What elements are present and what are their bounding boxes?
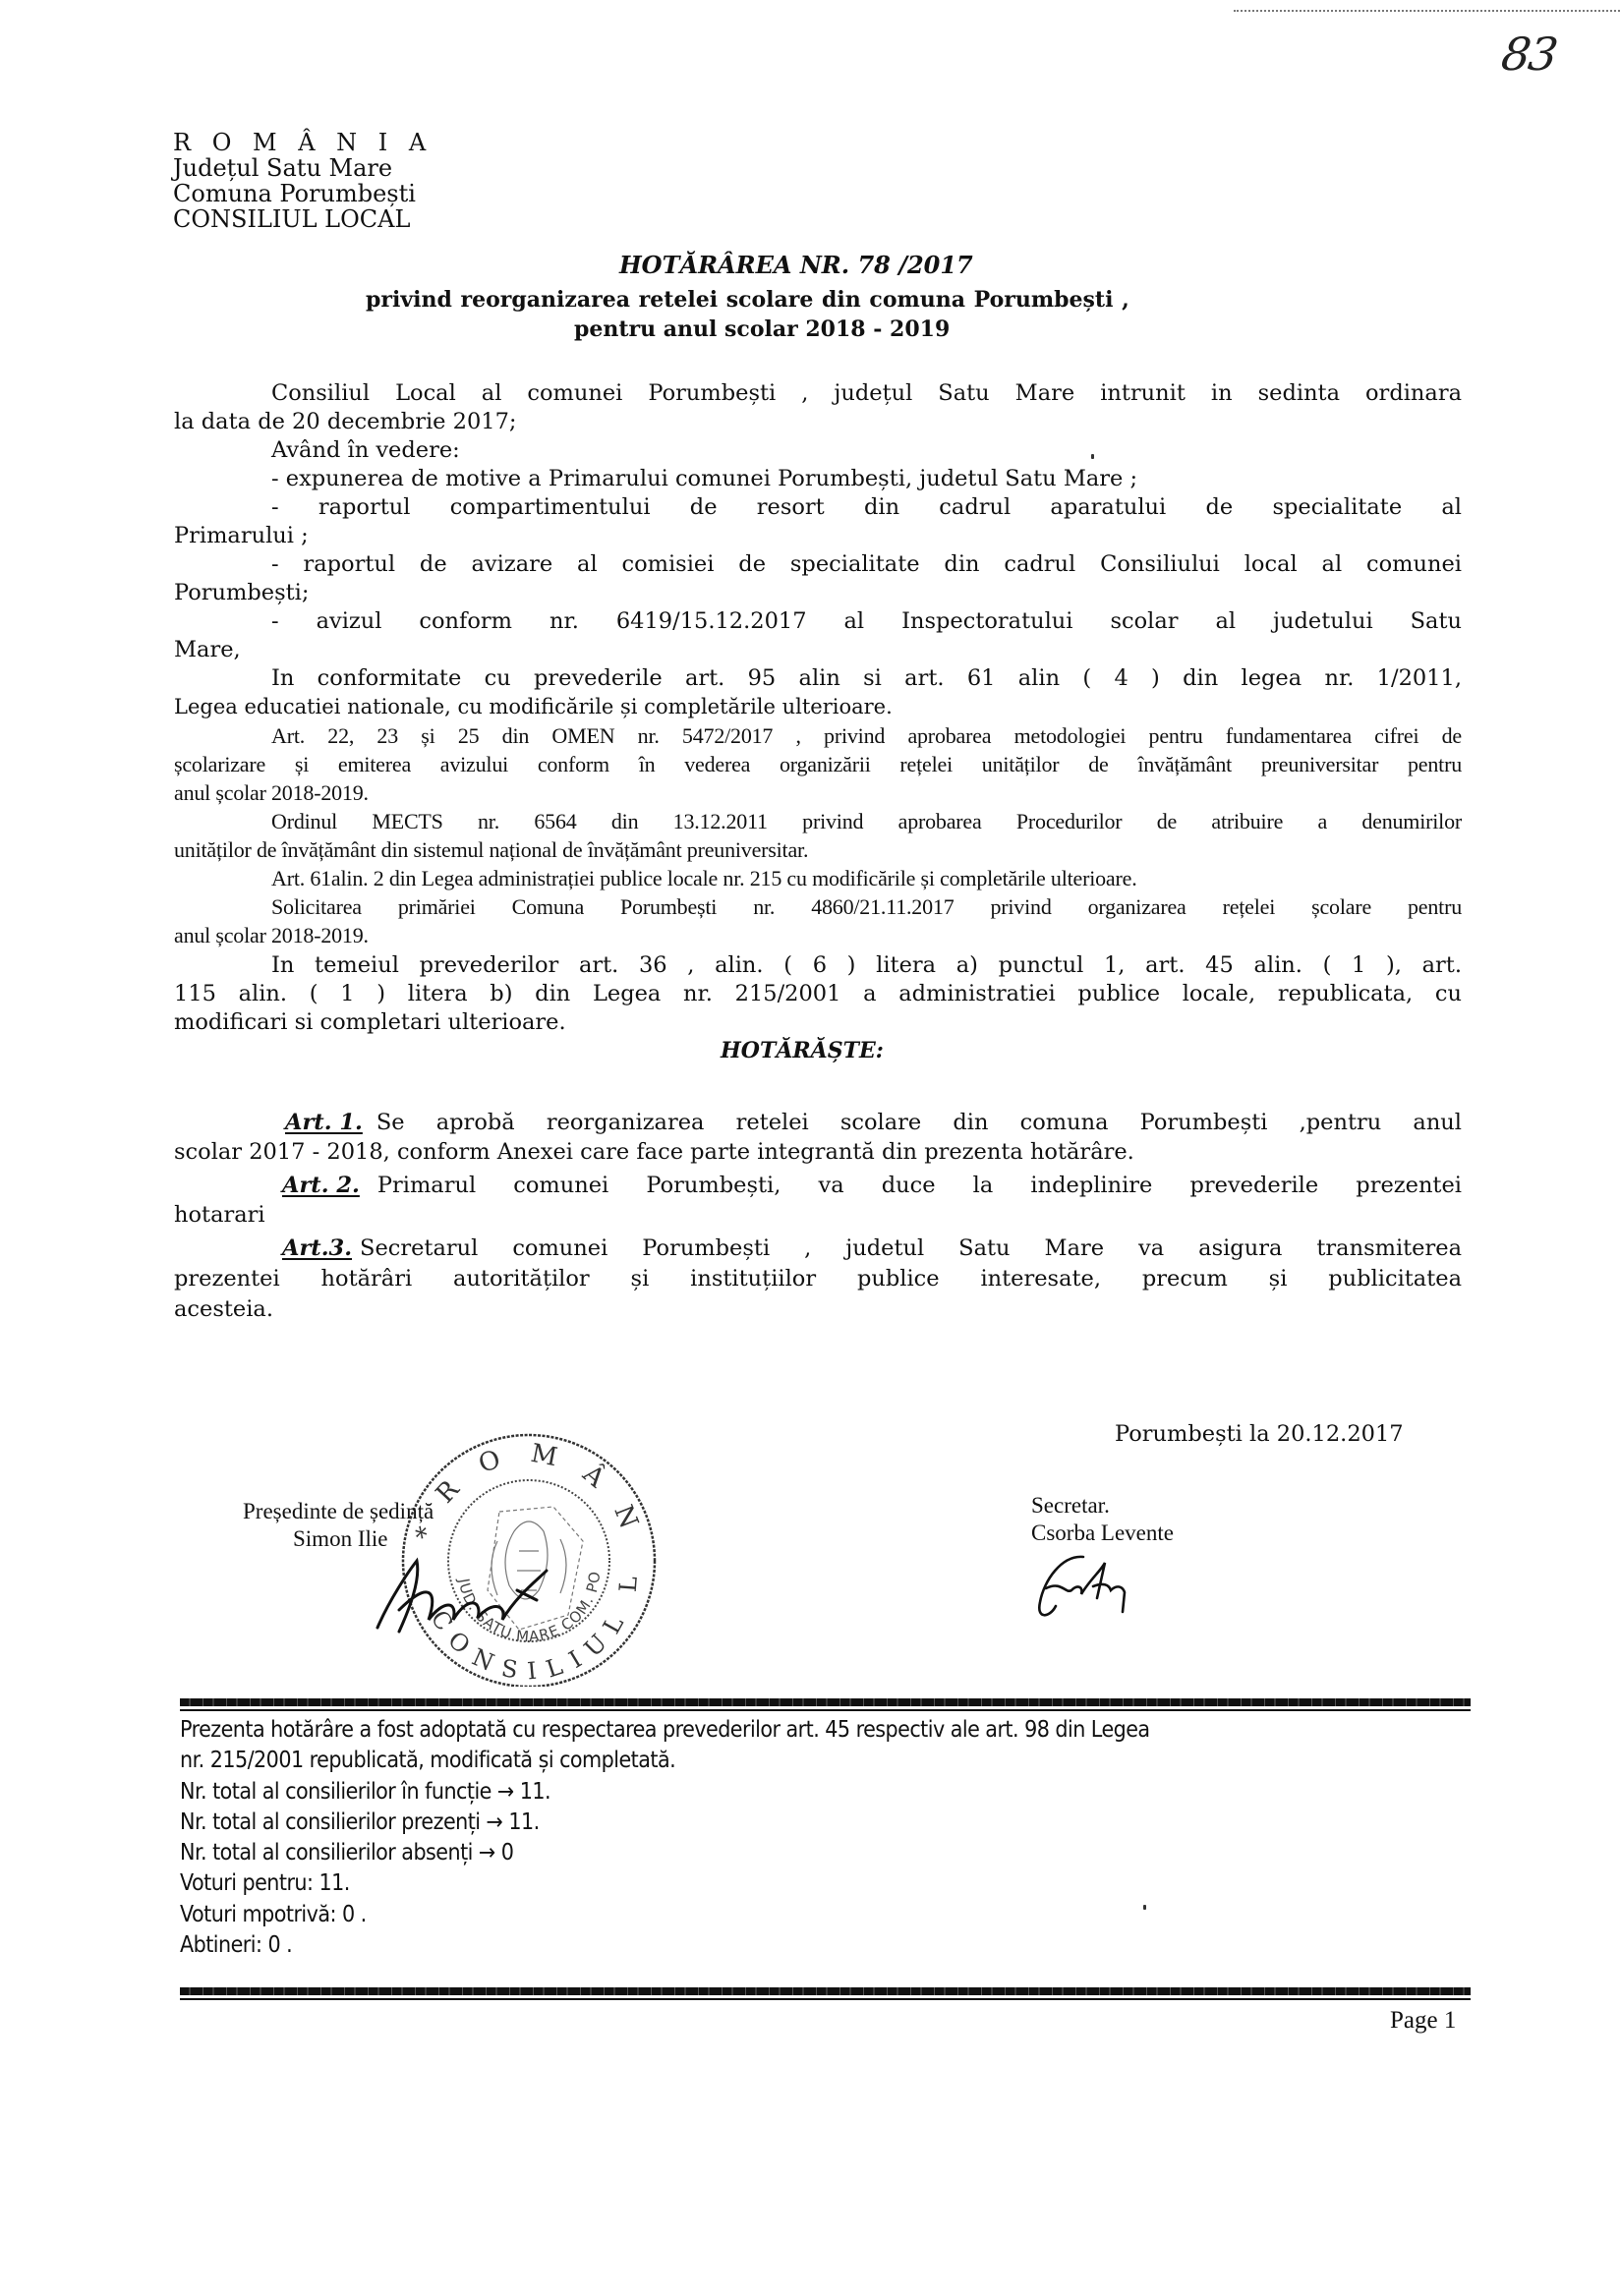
considering-item-4: - avizul conform nr. 6419/15.12.2017 al … (271, 607, 1462, 636)
art61-line: Art. 61alin. 2 din Legea administrației … (271, 864, 1462, 892)
arrow-right-icon: → (497, 1779, 514, 1805)
header-council: CONSILIUL LOCAL (173, 206, 410, 232)
place-date: Porumbești la 20.12.2017 (1115, 1421, 1404, 1447)
header-commune: Comuna Porumbești (173, 181, 416, 206)
article-3-cont: prezentei hotărâri autorităților și inst… (174, 1265, 1462, 1293)
considering-label: Având în vedere: (271, 436, 1462, 465)
scan-speck (1143, 1905, 1146, 1910)
conformity-line2: Legea educatiei nationale, cu modificări… (174, 693, 1462, 721)
votes-for: Voturi pentru: 11. (180, 1868, 1150, 1899)
secretary-role: Secretar. (1031, 1492, 1110, 1520)
article-2-cont: hotarari (174, 1201, 1462, 1230)
article-1: Art. 1. Se aprobă reorganizarea retelei … (285, 1109, 1462, 1137)
section-divider-top (180, 1698, 1471, 1711)
intro-line1: Consiliul Local al comunei Porumbești , … (271, 379, 1462, 408)
considering-item-1: - expunerea de motive a Primarului comun… (271, 465, 1462, 493)
arrow-right-icon: → (479, 1840, 495, 1865)
page-footer: Page 1 (1390, 2007, 1456, 2035)
vote-row-in-office: Nr. total al consilierilor în funcție → … (180, 1777, 1150, 1808)
considering-item-4-cont: Mare, (174, 636, 1462, 664)
decision-subject-line1: privind reorganizarea retelei scolare di… (366, 287, 1129, 313)
mects-line1: Ordinul MECTS nr. 6564 din 13.12.2011 pr… (271, 807, 1462, 835)
article-3-text: Secretarul comunei Porumbești , judetul … (360, 1234, 1462, 1263)
request-line1: Solicitarea primăriei Comuna Porumbești … (271, 892, 1462, 921)
omen-line1: Art. 22, 23 și 25 din OMEN nr. 5472/2017… (271, 721, 1462, 750)
legal-basis-line3: modificari si completari ulterioare. (174, 1008, 1462, 1037)
mects-line2: unităților de învățământ din sistemul na… (174, 835, 1462, 864)
article-1-cont: scolar 2017 - 2018, conform Anexei care … (174, 1138, 1462, 1167)
adoption-line1: Prezenta hotărâre a fost adoptată cu res… (180, 1715, 1150, 1746)
article-1-text: Se aprobă reorganizarea retelei scolare … (376, 1109, 1462, 1137)
article-3-label: Art.3. (282, 1234, 352, 1263)
secretary-signature (1032, 1551, 1150, 1630)
article-2-text: Primarul comunei Porumbești, va duce la … (377, 1172, 1462, 1200)
abstentions: Abtineri: 0 . (180, 1930, 1150, 1961)
president-role: Președinte de ședință (243, 1498, 434, 1525)
header-country: R O M Â N I A (173, 130, 433, 155)
omen-line2: școlarizare și emiterea avizului conform… (174, 750, 1462, 778)
vote-row-present: Nr. total al consilierilor prezenți → 11… (180, 1808, 1150, 1838)
vote-row-absent: Nr. total al consilierilor absenți → 0 (180, 1838, 1150, 1868)
legal-basis-line2: 115 alin. ( 1 ) litera b) din Legea nr. … (174, 980, 1462, 1008)
article-3: Art.3. Secretarul comunei Porumbești , j… (282, 1234, 1462, 1263)
request-line2: anul școlar 2018-2019. (174, 921, 1462, 949)
adoption-line2: nr. 215/2001 republicată, modificată și … (180, 1746, 1150, 1776)
votes-against: Voturi mpotrivă: 0 . (180, 1900, 1150, 1930)
article-3-cont2: acesteia. (174, 1295, 1462, 1324)
handwritten-page-number: 83 (1498, 28, 1559, 81)
section-divider-bottom (180, 1987, 1471, 2000)
article-1-label: Art. 1. (285, 1109, 363, 1137)
scan-speck (1091, 454, 1094, 459)
legal-basis-line1: In temeiul prevederilor art. 36 , alin. … (271, 951, 1462, 980)
vote-section: Prezenta hotărâre a fost adoptată cu res… (180, 1715, 1150, 1961)
considering-item-2-cont: Primarului ; (174, 522, 1462, 550)
scan-edge-mark (1234, 10, 1620, 12)
considering-item-3-cont: Porumbești; (174, 579, 1462, 607)
article-2-label: Art. 2. (282, 1172, 360, 1200)
omen-line3: anul școlar 2018-2019. (174, 778, 1462, 807)
intro-line2: la data de 20 decembrie 2017; (174, 408, 1462, 436)
conformity-line1: In conformitate cu prevederile art. 95 a… (271, 664, 1462, 693)
decision-subject-line2: pentru anul scolar 2018 - 2019 (574, 316, 950, 342)
decision-title: HOTĂRÂREA NR. 78 /2017 (619, 251, 973, 279)
considering-item-3: - raportul de avizare al comisiei de spe… (271, 550, 1462, 579)
considering-item-2: - raportul compartimentului de resort di… (271, 493, 1462, 522)
decides-heading: HOTĂRĂȘTE: (721, 1038, 884, 1063)
president-signature (370, 1541, 566, 1649)
arrow-right-icon: → (487, 1809, 503, 1835)
secretary-name: Csorba Levente (1031, 1520, 1174, 1547)
svg-text:* R O M Â N I A *: * R O M Â N I A * (381, 1423, 650, 1559)
article-2: Art. 2. Primarul comunei Porumbești, va … (282, 1172, 1462, 1200)
header-county: Județul Satu Mare (173, 155, 392, 181)
